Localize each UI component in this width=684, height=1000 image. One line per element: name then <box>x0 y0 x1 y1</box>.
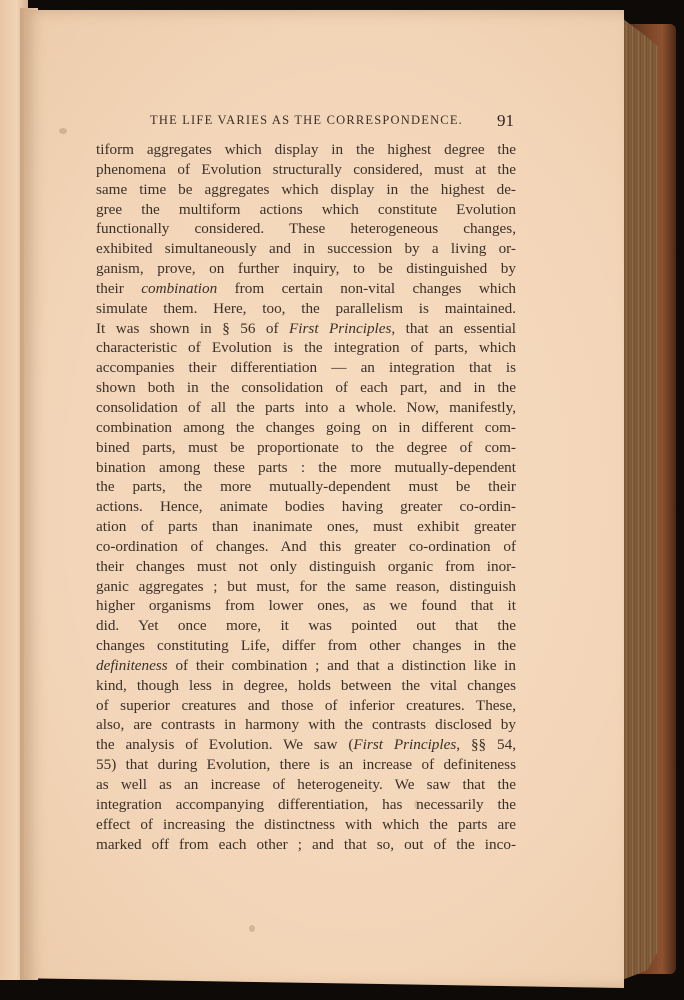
italic-text: definiteness <box>96 657 168 674</box>
text-line: phenomena of Evolution structurally cons… <box>96 160 516 180</box>
text-line: actions. Hence, animate bodies having gr… <box>96 497 516 517</box>
text-line: simulate them. Here, too, the parallelis… <box>96 299 516 319</box>
text-line: ation of parts than inanimate ones, must… <box>96 517 516 537</box>
text-line: higher organisms from lower ones, as we … <box>96 596 516 616</box>
text-line: changes constituting Life, differ from o… <box>96 636 516 656</box>
text-line: bined parts, must be proportionate to th… <box>96 438 516 458</box>
text-line: the analysis of Evolution. We saw (First… <box>96 735 516 755</box>
text-line: accompanies their differentiation — an i… <box>96 358 516 378</box>
paper-foxing-spot <box>59 128 67 134</box>
text-line: ganic aggregates ; but must, for the sam… <box>96 577 516 597</box>
text-line: shown both in the consolidation of each … <box>96 378 516 398</box>
text-line: same time be aggregates which display in… <box>96 180 516 200</box>
text-line: co-ordination of changes. And this great… <box>96 537 516 557</box>
text-line: also, are contrasts in harmony with the … <box>96 715 516 735</box>
page-fore-edge <box>622 18 658 980</box>
body-text: tiform aggregates which display in the h… <box>96 140 516 854</box>
text-line: consolidation of all the parts into a wh… <box>96 398 516 418</box>
paper-foxing-spot <box>249 925 255 932</box>
italic-text: First Principles <box>353 736 456 753</box>
text-line: kind, though less in degree, holds betwe… <box>96 676 516 696</box>
text-line: effect of increasing the distinctness wi… <box>96 815 516 835</box>
text-line: as well as an increase of heterogeneity.… <box>96 775 516 795</box>
page-number: 91 <box>497 111 514 131</box>
text-line: tiform aggregates which display in the h… <box>96 140 516 160</box>
italic-text: combination <box>141 280 217 297</box>
text-line: their changes must not only distinguish … <box>96 557 516 577</box>
text-line: ganism, prove, on further inquiry, to be… <box>96 259 516 279</box>
italic-text: First Principles <box>289 320 391 337</box>
text-line: exhibited simultaneously and in successi… <box>96 239 516 259</box>
text-line: their combination from certain non-vital… <box>96 279 516 299</box>
text-line: the parts, the more mutually-dependent m… <box>96 477 516 497</box>
text-line: functionally considered. These heterogen… <box>96 219 516 239</box>
text-line: of superior creatures and those of infer… <box>96 696 516 716</box>
text-line: bination among these parts : the more mu… <box>96 458 516 478</box>
text-line: definiteness of their combination ; and … <box>96 656 516 676</box>
text-line: marked off from each other ; and that so… <box>96 835 516 855</box>
text-line: It was shown in § 56 of First Principles… <box>96 319 516 339</box>
text-line: combination among the changes going on i… <box>96 418 516 438</box>
text-line: gree the multiform actions which constit… <box>96 200 516 220</box>
text-line: characteristic of Evolution is the integ… <box>96 338 516 358</box>
running-head: THE LIFE VARIES AS THE CORRESPONDENCE. <box>150 113 520 128</box>
text-line: 55) that during Evolution, there is an i… <box>96 755 516 775</box>
text-line: integration accompanying differentiation… <box>96 795 516 815</box>
text-line: did. Yet once more, it was pointed out t… <box>96 616 516 636</box>
